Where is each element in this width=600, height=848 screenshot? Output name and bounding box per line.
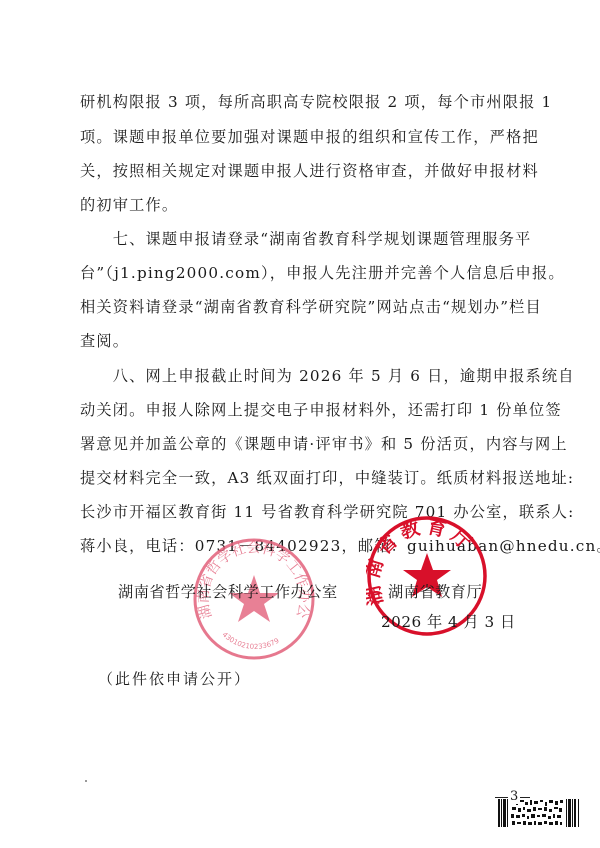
body-line: 台”（j1.ping2000.com），申报人先注册并完善个人信息后申报。 [80,263,528,283]
body-line: 研机构限报 3 项，每所高职高专院校限报 2 项，每个市州限报 1 [80,92,528,112]
body-line: 七、课题申报请登录“湖南省教育科学规划课题管理服务平 [80,229,528,249]
body-line: 署意见并加盖公章的《课题申请·评审书》和 5 份活页，内容与网上 [80,434,528,454]
body-line: 动关闭。申报人除网上提交电子申报材料外，还需打印 1 份单位签 [80,400,528,420]
document-page: 研机构限报 3 项，每所高职高专院校限报 2 项，每个市州限报 1 项。课题申报… [0,0,600,848]
signature-date: 2026 年 4 月 3 日 [381,611,516,632]
body-line: 提交材料完全一致，A3 纸双面打印，中缝装订。纸质材料报送地址: [80,468,528,488]
page-number: 3 [508,789,520,804]
svg-text:43010210233679: 43010210233679 [221,631,281,651]
signature-left-org: 湖南省哲学社会科学工作办公室 [118,581,338,602]
body-line: 查阅。 [80,331,528,351]
signature-right-org: 湖南省教育厅 [388,581,482,602]
disclosure-note: （此件依申请公开） [98,668,251,689]
body-line: 项。课题申报单位要加强对课题申报的组织和宣传工作，严格把 [80,127,528,147]
body-line: 八、网上申报截止时间为 2026 年 5 月 6 日，逾期申报系统自 [80,366,528,386]
body-line: 关，按照相关规定对课题申报人进行资格审查，并做好申报材料 [80,161,528,181]
scan-speck [85,780,87,782]
body-line: 的初审工作。 [80,195,528,215]
body-line: 相关资料请登录“湖南省教育科学研究院”网站点击“规划办”栏目 [80,297,528,317]
